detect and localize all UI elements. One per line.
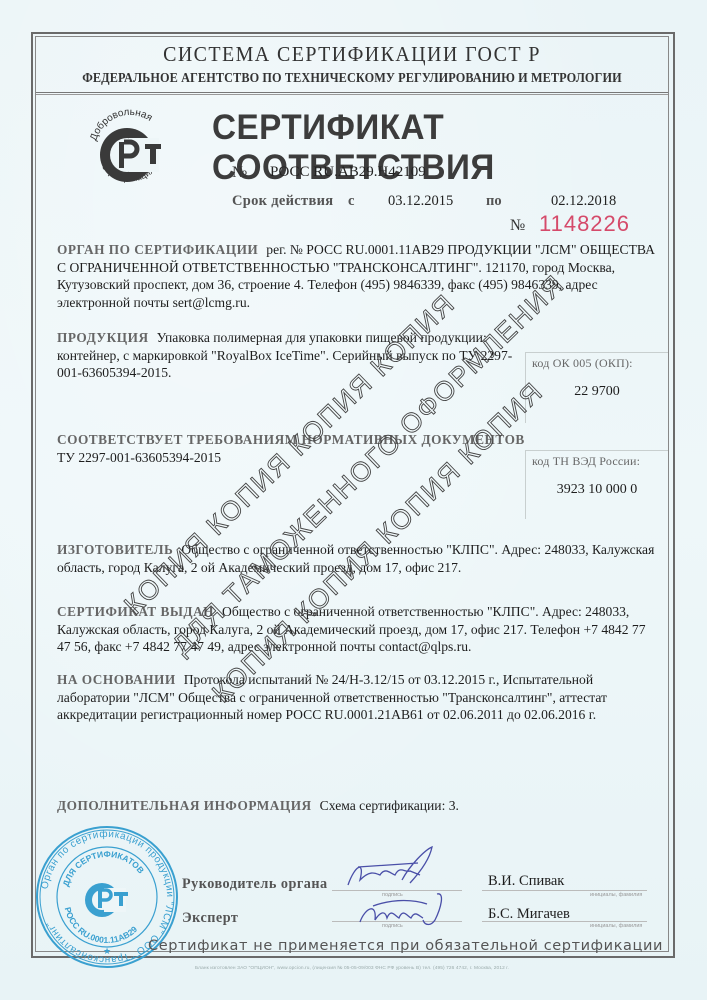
expert-signature-label: Эксперт	[182, 910, 238, 927]
svg-text:★: ★	[103, 946, 111, 956]
valid-to-date: 02.12.2018	[551, 193, 616, 210]
head-signature-label: Руководитель органа	[182, 876, 328, 893]
section-label: ОРГАН ПО СЕРТИФИКАЦИИ	[57, 242, 258, 257]
section-additional-info: ДОПОЛНИТЕЛЬНАЯ ИНФОРМАЦИЯСхема сертифика…	[57, 797, 657, 815]
tnved-code-label: код ТН ВЭД России:	[526, 451, 668, 472]
federal-agency-title: ФЕДЕРАЛЬНОЕ АГЕНТСТВО ПО ТЕХНИЧЕСКОМУ РЕ…	[57, 70, 647, 86]
head-name: В.И. Спивак	[488, 873, 564, 890]
serial-number-sign: №	[510, 217, 525, 235]
expert-signature-scribble	[355, 890, 465, 937]
rst-logo-icon: Добровольная сертификация	[85, 100, 175, 200]
header-divider	[36, 92, 668, 93]
header-divider-secondary	[36, 94, 668, 95]
voluntary-certification-note: Сертификат не применяется при обязательн…	[148, 938, 663, 954]
section-label: ДОПОЛНИТЕЛЬНАЯ ИНФОРМАЦИЯ	[57, 798, 312, 813]
head-name-caption: инициалы, фамилия	[590, 892, 642, 898]
head-name-line	[482, 890, 647, 891]
certification-system-title: СИСТЕМА СЕРТИФИКАЦИИ ГОСТ Р	[51, 42, 653, 67]
section-certification-body: ОРГАН ПО СЕРТИФИКАЦИИрег. № РОСС RU.0001…	[57, 241, 657, 311]
certificate-number-sign: №	[232, 164, 247, 182]
section-label: ПРОДУКЦИЯ	[57, 330, 149, 345]
certificate-number: РОСС RU.АВ29.Н42109	[270, 164, 426, 181]
okp-code-label: код ОК 005 (ОКП):	[526, 353, 668, 374]
okp-code-box: код ОК 005 (ОКП): 22 9700	[525, 352, 668, 423]
tnved-code-value: 3923 10 000 0	[526, 482, 668, 498]
serial-number: 1148226	[539, 211, 630, 237]
valid-from-date: 03.12.2015	[388, 193, 453, 210]
validity-from-label: с	[348, 193, 354, 210]
section-basis: НА ОСНОВАНИИПротокола испытаний № 24/Н-3…	[57, 671, 657, 724]
section-label: НА ОСНОВАНИИ	[57, 672, 176, 687]
form-printer-fine-print: Бланк изготовлен ЗАО "ОПЦИОН", www.opcio…	[35, 966, 669, 971]
expert-name-caption: инициалы, фамилия	[590, 923, 642, 929]
section-label: ИЗГОТОВИТЕЛЬ	[57, 542, 173, 557]
validity-to-label: по	[486, 193, 502, 210]
validity-label: Срок действия	[232, 193, 333, 210]
section-text: Схема сертификации: 3.	[320, 798, 459, 813]
expert-name-line	[482, 921, 647, 922]
tnved-code-box: код ТН ВЭД России: 3923 10 000 0	[525, 450, 668, 519]
